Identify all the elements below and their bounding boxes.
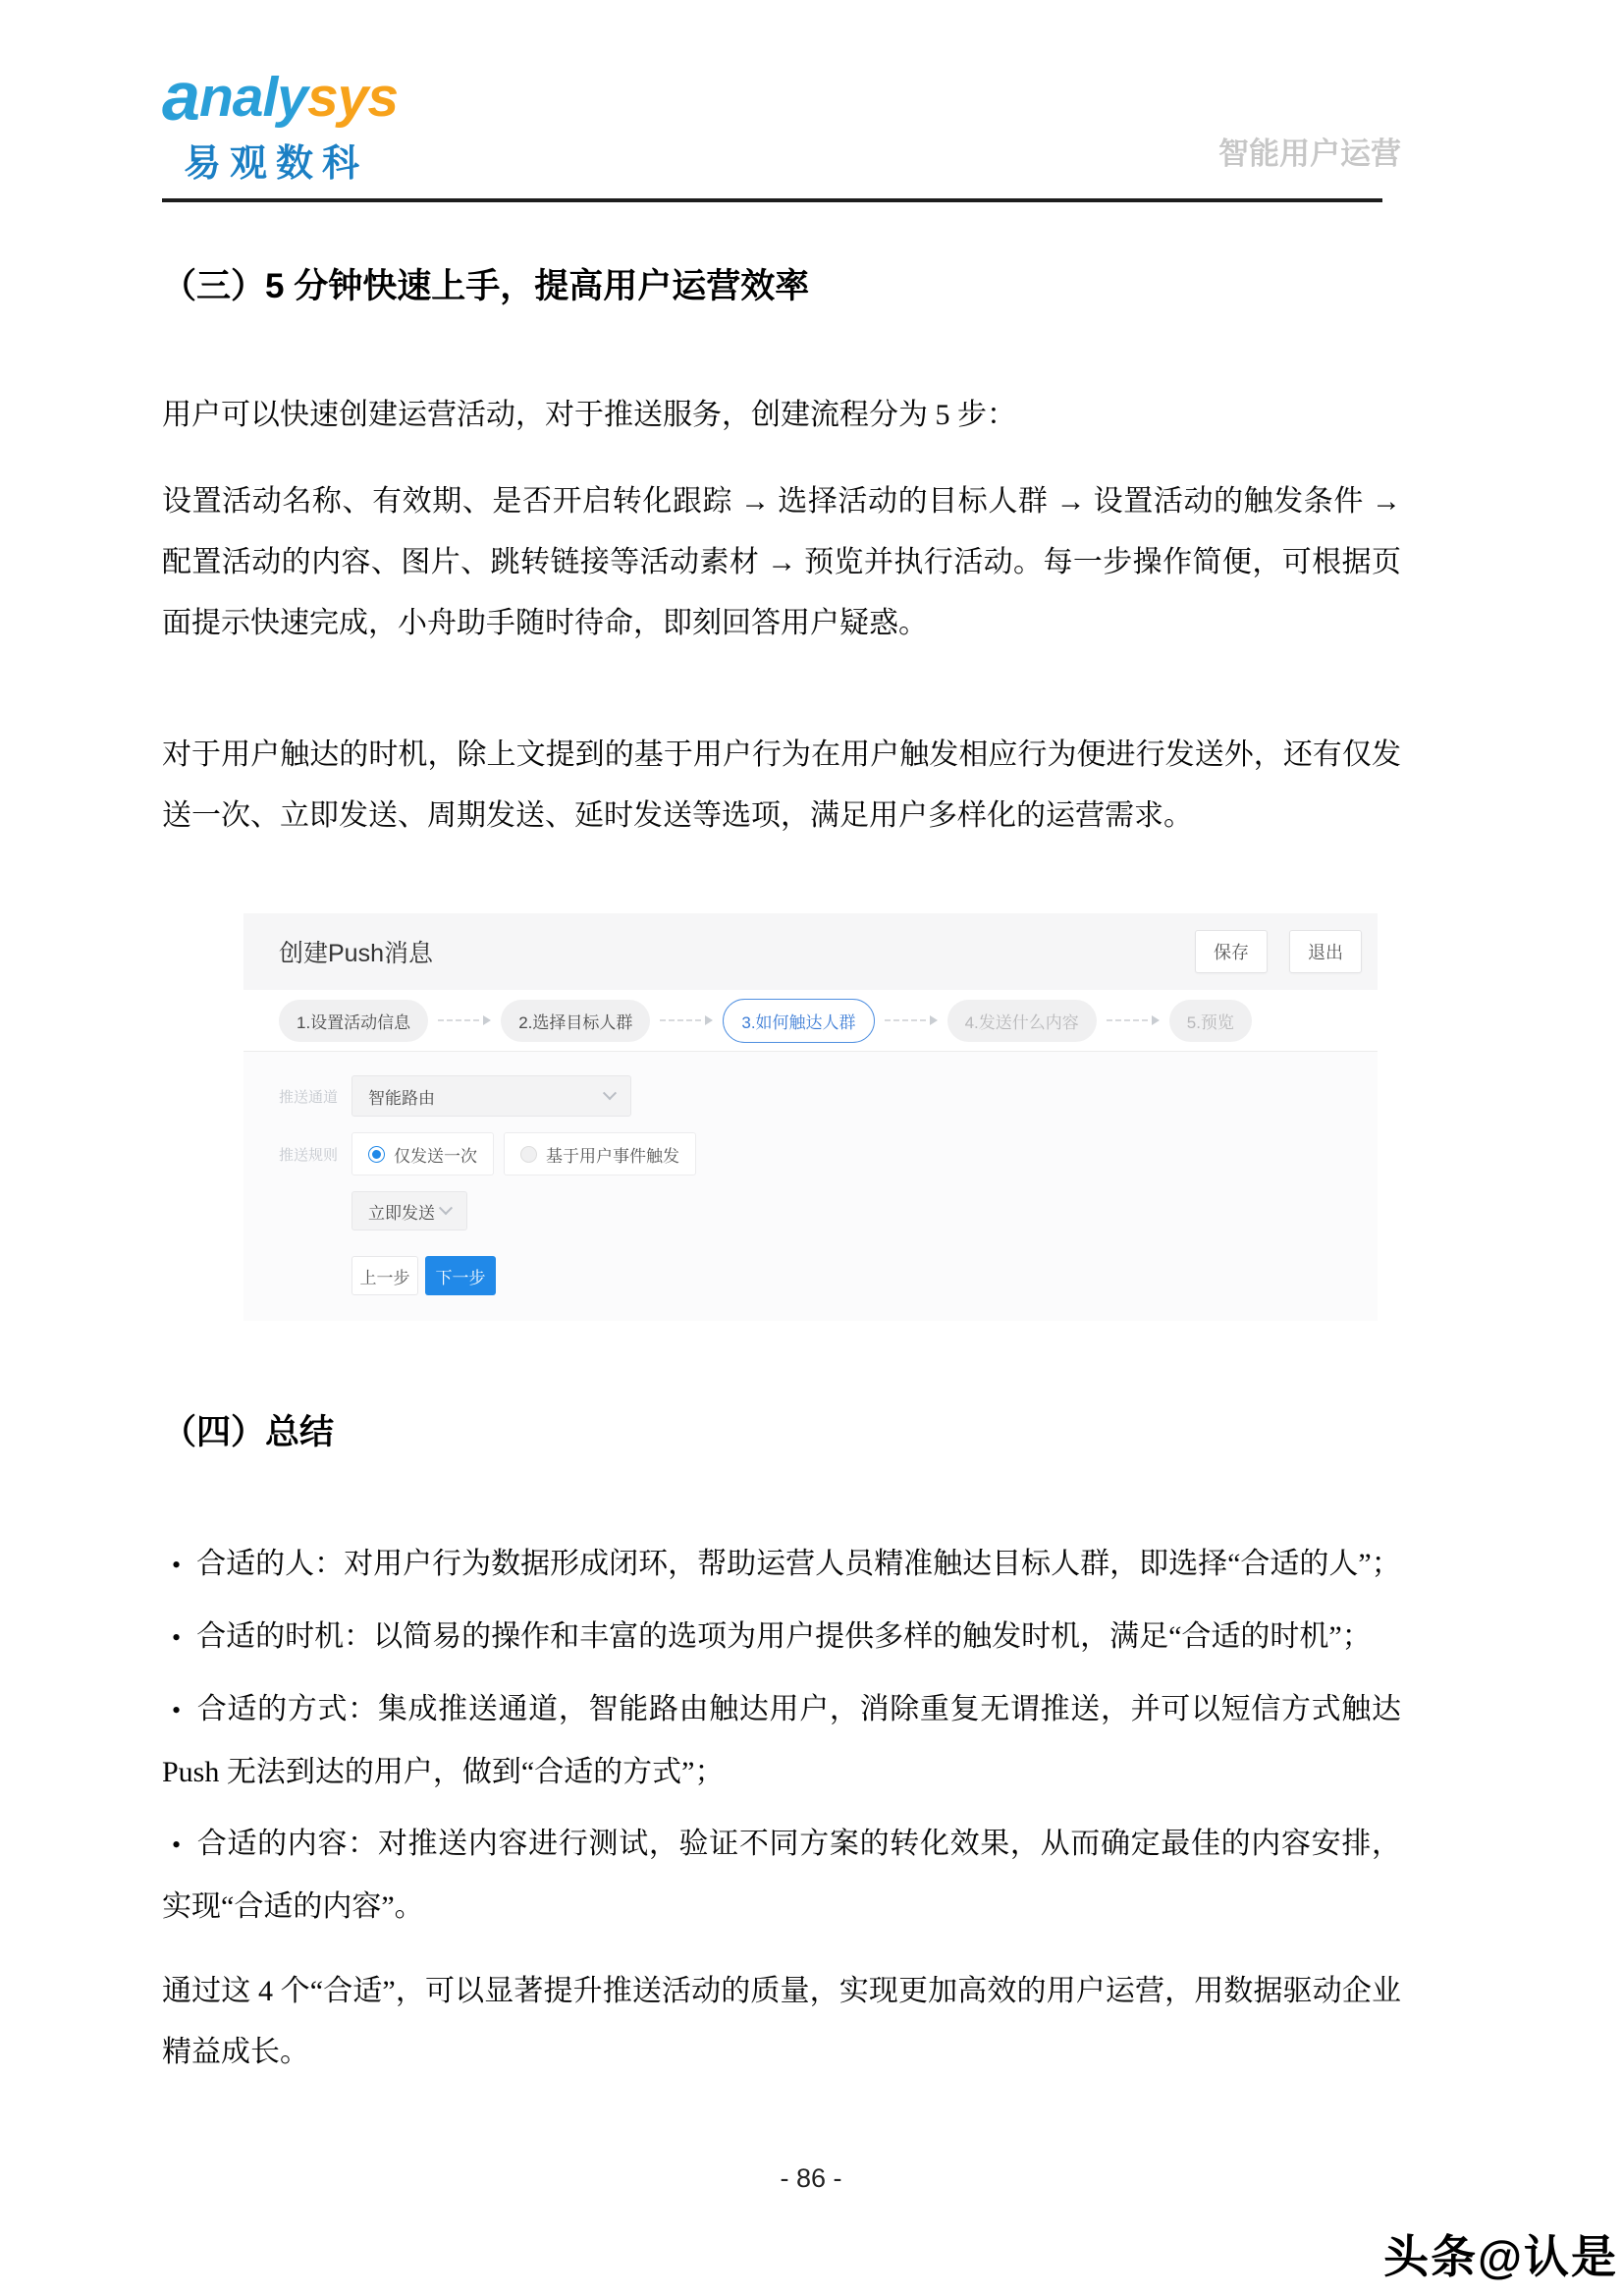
header-divider <box>162 198 1382 202</box>
step-connector-arrow-icon <box>438 1015 491 1025</box>
chevron-down-icon <box>603 1086 617 1100</box>
step-4[interactable]: 4.发送什么内容 <box>947 1000 1097 1042</box>
app-title: 创建Push消息 <box>279 934 433 969</box>
section-4-heading: （四）总结 <box>162 1405 1401 1454</box>
push-channel-select[interactable]: 智能路由 <box>351 1075 631 1117</box>
bullet-text: 合适的方式：集成推送通道，智能路由触达用户，消除重复无谓推送，并可以短信方式触达… <box>162 1693 1401 1788</box>
bullet-marker: • <box>172 1534 181 1596</box>
chevron-down-icon <box>439 1201 453 1215</box>
bullet-item: •合适的人：对用户行为数据形成闭环，帮助运营人员精准触达目标人群，即选择“合适的… <box>162 1533 1401 1596</box>
send-timing-select[interactable]: 立即发送 <box>351 1191 467 1230</box>
bullet-item: •合适的内容：对推送内容进行测试，验证不同方案的转化效果，从而确定最佳的内容安排… <box>162 1813 1401 1938</box>
step-1[interactable]: 1.设置活动信息 <box>279 1000 428 1042</box>
analysys-wordmark: analysys <box>162 63 398 127</box>
app-header-bar: 创建Push消息 保存 退出 <box>243 913 1378 990</box>
page-number: - 86 - <box>0 2163 1622 2194</box>
paragraph-intro: 用户可以快速创建运营活动，对于推送服务，创建流程分为 5 步： <box>162 385 1401 446</box>
push-creation-screenshot: 创建Push消息 保存 退出 1.设置活动信息2.选择目标人群3.如何触达人群4… <box>243 913 1378 1321</box>
step-2[interactable]: 2.选择目标人群 <box>501 1000 650 1042</box>
bullet-text: 合适的内容：对推送内容进行测试，验证不同方案的转化效果，从而确定最佳的内容安排，… <box>162 1828 1401 1923</box>
rule-option-label: 仅发送一次 <box>394 1142 477 1167</box>
paragraph-flow-steps: 设置活动名称、有效期、是否开启转化跟踪 → 选择活动的目标人群 → 设置活动的触… <box>162 471 1401 654</box>
push-channel-value: 智能路由 <box>368 1084 435 1109</box>
step-connector-arrow-icon <box>1107 1015 1160 1025</box>
summary-bullets: •合适的人：对用户行为数据形成闭环，帮助运营人员精准触达目标人群，即选择“合适的… <box>162 1533 1401 1938</box>
push-channel-label: 推送通道 <box>279 1086 340 1107</box>
logo-swoosh-a: a <box>162 67 199 126</box>
next-step-button[interactable]: 下一步 <box>425 1256 496 1295</box>
logo-chinese-name: 易观数科 <box>162 133 398 187</box>
document-header: analysys 易观数科 智能用户运营 <box>162 0 1401 187</box>
bullet-marker: • <box>172 1607 181 1668</box>
exit-button[interactable]: 退出 <box>1289 930 1362 973</box>
analysys-logo: analysys 易观数科 <box>162 63 398 187</box>
step-connector-arrow-icon <box>885 1015 938 1025</box>
bullet-item: •合适的方式：集成推送通道，智能路由触达用户，消除重复无谓推送，并可以短信方式触… <box>162 1678 1401 1803</box>
document-page: analysys 易观数科 智能用户运营 （三）5 分钟快速上手，提高用户运营效… <box>0 0 1622 2296</box>
rule-option-label: 基于用户事件触发 <box>546 1142 679 1167</box>
paragraph-timing-options: 对于用户触达的时机，除上文提到的基于用户行为在用户触发相应行为便进行发送外，还有… <box>162 725 1401 847</box>
step-connector-arrow-icon <box>660 1015 713 1025</box>
rule-options: 仅发送一次基于用户事件触发 <box>351 1132 706 1175</box>
rule-option[interactable]: 基于用户事件触发 <box>504 1132 696 1175</box>
previous-step-button[interactable]: 上一步 <box>351 1256 418 1295</box>
app-header-actions: 保存 退出 <box>1195 930 1362 973</box>
bullet-marker: • <box>172 1679 181 1741</box>
radio-unselected-icon[interactable] <box>520 1146 537 1163</box>
save-button[interactable]: 保存 <box>1195 930 1268 973</box>
paragraph-closing: 通过这 4 个“合适”，可以显著提升推送活动的质量，实现更加高效的用户运营，用数… <box>162 1961 1401 2083</box>
app-steps: 1.设置活动信息2.选择目标人群3.如何触达人群4.发送什么内容5.预览 <box>243 990 1378 1051</box>
watermark: 头条@认是 <box>1383 2221 1618 2286</box>
bullet-marker: • <box>172 1814 181 1876</box>
step-5[interactable]: 5.预览 <box>1169 1000 1252 1042</box>
document-title-label: 智能用户运营 <box>1218 129 1401 187</box>
rule-option[interactable]: 仅发送一次 <box>351 1132 494 1175</box>
bullet-text: 合适的时机：以简易的操作和丰富的选项为用户提供多样的触发时机，满足“合适的时机”… <box>196 1620 1372 1653</box>
radio-selected-icon[interactable] <box>368 1146 385 1163</box>
bullet-item: •合适的时机：以简易的操作和丰富的选项为用户提供多样的触发时机，满足“合适的时机… <box>162 1606 1401 1668</box>
push-rule-label: 推送规则 <box>279 1144 340 1165</box>
section-3-heading: （三）5 分钟快速上手，提高用户运营效率 <box>162 259 1401 308</box>
bullet-text: 合适的人：对用户行为数据形成闭环，帮助运营人员精准触达目标人群，即选择“合适的人… <box>196 1548 1401 1580</box>
send-timing-value: 立即发送 <box>368 1199 435 1224</box>
app-form: 推送通道 智能路由 推送规则 仅发送一次基于用户事件触发 立即发送 <box>243 1052 1378 1321</box>
step-3[interactable]: 3.如何触达人群 <box>723 999 874 1043</box>
